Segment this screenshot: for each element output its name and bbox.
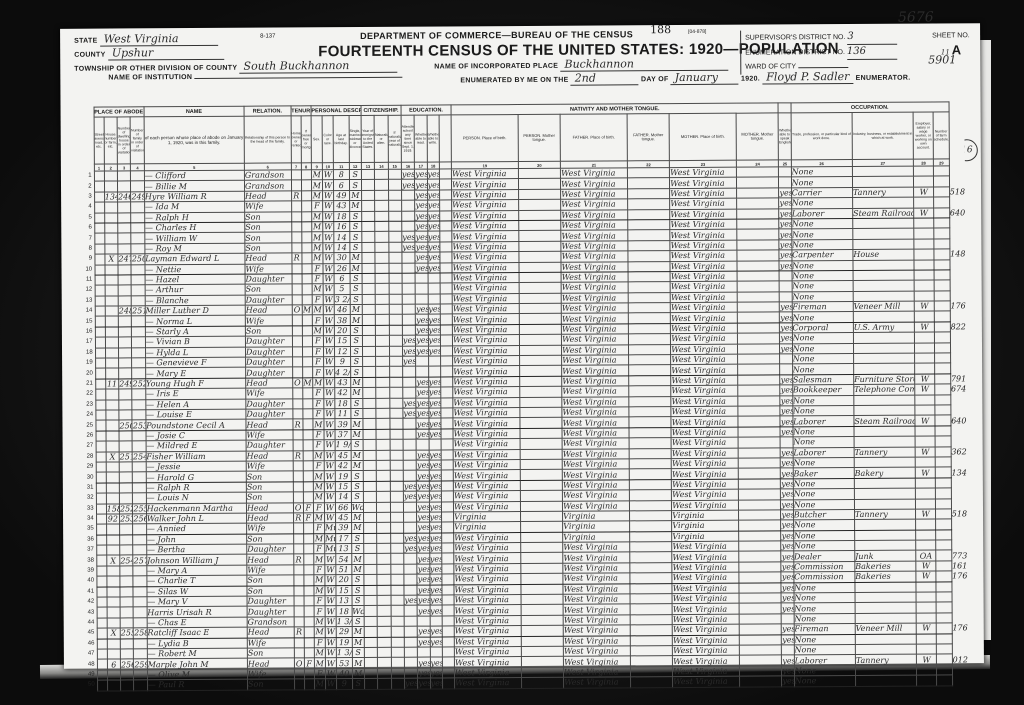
marital-cell: M xyxy=(350,305,362,315)
occupation-cell: None xyxy=(793,405,854,416)
father-birthplace-cell: West Virginia xyxy=(561,230,628,241)
father-birthplace-cell: West Virginia xyxy=(563,542,630,553)
school-cell xyxy=(404,616,417,626)
race-cell: W xyxy=(324,471,335,481)
farm-schedule-cell xyxy=(936,540,952,550)
read-cell: yes xyxy=(415,169,427,179)
family-cell xyxy=(131,285,144,295)
census-table: PLACE OF ABODE. NAME RELATION. TENURE. P… xyxy=(83,101,969,691)
naturalization-year-cell xyxy=(389,263,402,273)
street-cell xyxy=(94,192,104,202)
mother-mother-tongue-cell xyxy=(739,583,781,594)
marital-cell: S xyxy=(350,346,362,356)
occupation-cell: None xyxy=(793,426,854,437)
free-mortgaged-cell xyxy=(303,523,313,533)
write-cell: yes xyxy=(430,678,442,688)
mother-tongue-cell xyxy=(518,210,560,221)
birthplace-cell: West Virginia xyxy=(455,678,522,689)
naturalization-year-cell xyxy=(389,346,402,356)
relation-cell: Daughter xyxy=(247,596,294,607)
naturalized-cell xyxy=(377,616,390,626)
sex-cell: M xyxy=(314,585,325,595)
mother-birthplace-cell: West Virginia xyxy=(670,188,737,199)
sheet-number-box: SHEET NO. 11 A xyxy=(932,29,970,60)
marital-cell: S xyxy=(350,325,362,335)
house-number-cell: 6 xyxy=(107,659,120,669)
name-cell: Hackenmann Martha xyxy=(146,503,246,514)
father-tongue-cell xyxy=(630,656,672,667)
age-cell: 9 xyxy=(337,679,353,689)
margin-code xyxy=(950,290,966,300)
read-cell: yes xyxy=(417,491,429,501)
ward-value xyxy=(798,67,848,68)
read-cell: yes xyxy=(416,304,428,314)
naturalization-year-cell xyxy=(388,221,401,231)
mother-mother-tongue-cell xyxy=(739,666,781,677)
name-cell: — Louis N xyxy=(146,492,246,503)
marital-cell: M xyxy=(351,564,363,574)
industry-cell xyxy=(854,457,915,468)
father-tongue-cell xyxy=(630,573,672,584)
name-cell: — Ida M xyxy=(144,201,244,212)
street-cell xyxy=(97,659,107,669)
supervisor-value: 3 xyxy=(847,30,897,45)
immigration-cell xyxy=(363,492,376,502)
employer-cell: W xyxy=(915,447,935,458)
employer-cell: OA xyxy=(916,550,936,561)
birthplace-cell: West Virginia xyxy=(451,169,518,180)
race-cell: W xyxy=(325,606,336,616)
read-cell: yes xyxy=(415,231,427,241)
immigration-cell xyxy=(364,627,377,637)
birthplace-cell: West Virginia xyxy=(453,428,520,439)
street-cell xyxy=(95,327,105,337)
house-number-cell xyxy=(104,171,117,181)
house-number-cell xyxy=(105,296,118,306)
edu-extra-cell xyxy=(441,491,453,501)
relation-cell: Son xyxy=(245,326,292,337)
mother-tongue-cell xyxy=(518,168,560,179)
mother-tongue-cell xyxy=(519,355,561,366)
sheet-value: 11 xyxy=(941,48,950,56)
mother-tongue-cell xyxy=(519,251,561,262)
mother-birthplace-cell: West Virginia xyxy=(671,375,738,386)
naturalized-cell xyxy=(377,554,390,564)
owned-rented-cell xyxy=(292,326,302,336)
institution-value xyxy=(194,77,402,79)
birthplace-cell: West Virginia xyxy=(453,491,520,502)
subheader-father-birthplace: FATHER. Place of birth. xyxy=(560,114,627,161)
dwelling-cell xyxy=(118,202,131,212)
naturalized-cell xyxy=(377,585,390,595)
immigration-cell xyxy=(364,543,377,553)
line-number: 11 xyxy=(84,275,95,285)
english-cell: yes xyxy=(779,188,791,198)
occupation-cell: None xyxy=(793,457,854,468)
census-sheet: 8-137 188 [04-878] 5676 5901 DEPARTMENT … xyxy=(60,23,984,669)
father-tongue-cell xyxy=(630,552,672,563)
house-number-cell: 11 xyxy=(105,379,118,389)
immigration-cell xyxy=(363,523,376,533)
mother-birthplace-cell: West Virginia xyxy=(670,292,737,303)
sex-cell: M xyxy=(313,450,324,460)
relation-cell: Daughter xyxy=(245,295,292,306)
school-cell xyxy=(403,367,416,377)
occupation-cell: None xyxy=(792,333,853,344)
margin-code xyxy=(950,259,966,269)
family-cell xyxy=(134,649,147,659)
sex-cell: M xyxy=(314,658,325,668)
farm-schedule-cell xyxy=(935,457,951,467)
age-cell: 42 xyxy=(335,460,351,470)
margin-code xyxy=(949,166,965,176)
enumeration-value: 136 xyxy=(847,45,897,60)
farm-schedule-cell xyxy=(936,488,952,498)
dwelling-cell xyxy=(120,535,133,545)
immigration-cell xyxy=(362,211,375,221)
sex-cell: F xyxy=(314,606,325,616)
read-cell: yes xyxy=(415,263,427,273)
race-cell: W xyxy=(325,668,336,678)
naturalization-year-cell xyxy=(389,252,402,262)
family-cell xyxy=(131,223,144,233)
naturalization-year-cell xyxy=(391,606,404,616)
birthplace-cell: West Virginia xyxy=(453,470,520,481)
age-cell: 37 xyxy=(335,429,351,439)
line-number: 8 xyxy=(83,244,94,254)
mother-mother-tongue-cell xyxy=(739,593,781,604)
naturalization-year-cell xyxy=(390,471,403,481)
edu-extra-cell xyxy=(440,304,452,314)
employer-cell: W xyxy=(914,301,934,312)
edu-extra-cell xyxy=(442,574,454,584)
father-tongue-cell xyxy=(629,365,671,376)
margin-code xyxy=(951,394,967,404)
naturalization-year-cell xyxy=(389,315,402,325)
free-mortgaged-cell: F xyxy=(304,658,314,668)
edu-extra-cell xyxy=(440,231,452,241)
dwelling-cell xyxy=(119,399,132,409)
name-cell: Walker John L xyxy=(146,513,246,524)
mother-birthplace-cell: West Virginia xyxy=(670,261,737,272)
farm-schedule-cell xyxy=(937,654,953,664)
read-cell: yes xyxy=(415,242,427,252)
owned-rented-cell xyxy=(293,523,303,533)
father-tongue-cell xyxy=(627,188,669,199)
father-tongue-cell xyxy=(628,230,670,241)
school-cell: yes xyxy=(402,335,415,345)
industry-cell: U.S. Army xyxy=(853,322,914,333)
margin-code: 362 xyxy=(951,446,967,456)
school-cell: yes xyxy=(403,398,416,408)
employer-cell xyxy=(915,488,935,499)
sex-cell: M xyxy=(314,575,325,585)
farm-schedule-cell xyxy=(936,571,952,581)
birthplace-cell: West Virginia xyxy=(452,324,519,335)
enumeration-label: ENUMERATION DISTRICT NO. xyxy=(745,49,845,57)
margin-code: 148 xyxy=(950,249,966,259)
owned-rented-cell xyxy=(294,669,304,679)
naturalized-cell xyxy=(376,408,389,418)
sex-cell: M xyxy=(313,533,324,543)
birthplace-cell: West Virginia xyxy=(453,366,520,377)
father-tongue-cell xyxy=(628,323,670,334)
relation-cell: Wife xyxy=(247,669,294,680)
name-cell: Marple John M xyxy=(147,659,247,670)
father-tongue-cell xyxy=(630,625,672,636)
english-cell: yes xyxy=(781,489,793,499)
naturalized-cell xyxy=(377,564,390,574)
naturalization-year-cell xyxy=(389,294,402,304)
free-mortgaged-cell xyxy=(302,253,312,263)
house-number-cell xyxy=(105,348,118,358)
mother-mother-tongue-cell xyxy=(739,572,781,583)
edu-extra-cell xyxy=(440,273,452,283)
sex-cell: F xyxy=(313,398,324,408)
birthplace-cell: West Virginia xyxy=(453,501,520,512)
line-number: 13 xyxy=(84,296,95,306)
school-cell xyxy=(402,263,415,273)
english-cell: yes xyxy=(779,219,791,229)
relation-cell: Wife xyxy=(245,315,292,326)
dwelling-cell xyxy=(118,337,131,347)
line-number: 42 xyxy=(86,597,97,607)
name-cell: — Norma L xyxy=(145,316,245,327)
industry-cell xyxy=(855,592,916,603)
marital-cell: M xyxy=(350,263,362,273)
read-cell xyxy=(416,366,428,376)
subheader-naturalization-year: If naturalized, year of naturalization. xyxy=(388,115,402,162)
relation-cell: Wife xyxy=(247,523,294,534)
school-cell xyxy=(402,304,415,314)
write-cell: yes xyxy=(428,346,440,356)
mother-tongue-cell xyxy=(521,594,563,605)
industry-cell xyxy=(853,312,914,323)
industry-cell xyxy=(853,270,914,281)
read-cell: yes xyxy=(415,200,427,210)
school-cell xyxy=(402,273,415,283)
immigration-cell xyxy=(362,294,375,304)
occupation-cell: Laborer xyxy=(793,447,854,458)
write-cell: yes xyxy=(429,491,441,501)
free-mortgaged-cell xyxy=(302,284,312,294)
mother-tongue-cell xyxy=(521,553,563,564)
birthplace-cell: West Virginia xyxy=(454,532,521,543)
mother-tongue-cell xyxy=(519,314,561,325)
name-cell: — Robert M xyxy=(147,648,247,659)
mother-birthplace-cell: West Virginia xyxy=(670,250,737,261)
relation-cell: Grandson xyxy=(244,170,291,181)
line-number: 14 xyxy=(84,306,95,316)
age-cell: 49 xyxy=(334,190,350,200)
house-number-cell xyxy=(107,639,120,649)
write-cell: yes xyxy=(429,533,441,543)
race-cell: W xyxy=(325,554,336,564)
farm-schedule-cell xyxy=(936,582,952,592)
margin-code xyxy=(949,176,965,186)
race-cell: W xyxy=(325,616,336,626)
mother-mother-tongue-cell xyxy=(739,562,781,573)
write-cell: yes xyxy=(429,543,441,553)
name-cell: — Roy M xyxy=(145,243,245,254)
write-cell: yes xyxy=(430,668,442,678)
edu-extra-cell xyxy=(442,595,454,605)
employer-cell: W xyxy=(916,623,936,634)
mother-birthplace-cell: West Virginia xyxy=(672,500,739,511)
employer-cell xyxy=(915,457,935,468)
race-cell: W xyxy=(324,492,335,502)
street-cell xyxy=(94,244,104,254)
occupation-cell: None xyxy=(792,260,853,271)
marital-cell: M xyxy=(350,388,362,398)
name-cell: — Paul R xyxy=(147,679,247,690)
age-cell: 9 xyxy=(335,357,351,367)
county-label: COUNTY xyxy=(74,52,105,59)
mother-birthplace-cell: West Virginia xyxy=(672,614,739,625)
owned-rented-cell xyxy=(293,409,303,419)
school-cell xyxy=(404,647,417,657)
relation-cell: Head xyxy=(246,513,293,524)
group-place-of-abode: PLACE OF ABODE. xyxy=(94,107,144,117)
father-birthplace-cell: West Virginia xyxy=(561,293,628,304)
street-cell xyxy=(97,597,107,607)
immigration-cell xyxy=(362,284,375,294)
house-number-cell xyxy=(105,337,118,347)
occupation-cell: Salesman xyxy=(792,374,853,385)
age-cell: 3 2/12 xyxy=(334,294,350,304)
relation-cell: Son xyxy=(246,482,293,493)
owned-rented-cell xyxy=(294,596,304,606)
farm-schedule-cell xyxy=(936,498,952,508)
house-number-cell xyxy=(105,244,118,254)
edu-extra-cell xyxy=(439,169,451,179)
immigration-cell xyxy=(362,315,375,325)
family-cell: 250 xyxy=(131,254,144,264)
free-mortgaged-cell xyxy=(304,596,314,606)
read-cell: yes xyxy=(417,595,429,605)
margin-code xyxy=(950,363,966,373)
school-cell xyxy=(404,606,417,616)
naturalization-year-cell xyxy=(389,325,402,335)
age-cell: 45 xyxy=(335,450,351,460)
english-cell: yes xyxy=(781,582,793,592)
race-cell: W xyxy=(323,346,334,356)
house-number-cell xyxy=(106,493,119,503)
industry-cell xyxy=(854,426,915,437)
naturalized-cell xyxy=(378,668,391,678)
industry-cell: Veneer Mill xyxy=(855,623,916,634)
father-tongue-cell xyxy=(629,407,671,418)
subheader-write: Whether able to write. xyxy=(427,115,440,162)
birthplace-cell: West Virginia xyxy=(453,449,520,460)
owned-rented-cell: R xyxy=(292,253,302,263)
birthplace-cell: West Virginia xyxy=(452,220,519,231)
dwelling-cell xyxy=(120,607,133,617)
edu-extra-cell xyxy=(440,314,452,324)
english-cell: yes xyxy=(779,260,791,270)
family-cell: 259 xyxy=(134,659,147,669)
naturalized-cell xyxy=(377,523,390,533)
mother-birthplace-cell: West Virginia xyxy=(671,417,738,428)
age-cell: 18 xyxy=(335,398,351,408)
english-cell: yes xyxy=(779,229,791,239)
read-cell: yes xyxy=(418,626,430,636)
mother-tongue-cell xyxy=(519,241,561,252)
english-cell: yes xyxy=(782,634,794,644)
read-cell: yes xyxy=(416,315,428,325)
race-cell: W xyxy=(325,648,336,658)
line-number: 48 xyxy=(86,659,97,669)
line-number: 7 xyxy=(83,233,94,243)
employer-cell xyxy=(914,291,934,302)
sex-cell: M xyxy=(313,492,324,502)
english-cell: yes xyxy=(780,427,792,437)
sex-cell: F xyxy=(314,596,325,606)
industry-cell xyxy=(852,197,913,208)
mother-mother-tongue-cell xyxy=(739,614,781,625)
race-cell: W xyxy=(323,336,334,346)
mother-mother-tongue-cell xyxy=(739,551,781,562)
father-tongue-cell xyxy=(629,375,671,386)
mother-birthplace-cell: West Virginia xyxy=(671,354,738,365)
industry-cell xyxy=(853,332,914,343)
employer-cell xyxy=(915,332,935,343)
name-cell: — Charlie T xyxy=(147,575,247,586)
birthplace-cell: West Virginia xyxy=(454,553,521,564)
house-number-cell: 134 xyxy=(104,192,117,202)
mother-mother-tongue-cell xyxy=(738,489,780,500)
margin-code xyxy=(950,239,966,249)
margin-code xyxy=(951,457,967,467)
farm-schedule-cell xyxy=(936,530,952,540)
margin-code xyxy=(952,633,968,643)
industry-cell xyxy=(854,519,915,530)
family-cell xyxy=(133,524,146,534)
write-cell: yes xyxy=(429,481,441,491)
birthplace-cell: West Virginia xyxy=(454,595,521,606)
free-mortgaged-cell xyxy=(303,450,313,460)
dwelling-cell: 250 xyxy=(119,420,132,430)
family-cell xyxy=(132,441,145,451)
age-cell: 20 xyxy=(336,575,352,585)
sex-cell: M xyxy=(313,419,324,429)
township-label: TOWNSHIP OR OTHER DIVISION OF COUNTY xyxy=(74,65,237,73)
dwelling-cell xyxy=(118,264,131,274)
immigration-cell xyxy=(364,575,377,585)
dwelling-cell xyxy=(120,597,133,607)
margin-code: 791 xyxy=(950,374,966,384)
race-cell: W xyxy=(323,357,334,367)
margin-code: 640 xyxy=(949,207,965,217)
sex-cell: M xyxy=(314,679,325,689)
naturalized-cell xyxy=(376,346,389,356)
sex-cell: F xyxy=(313,388,324,398)
mother-tongue-cell xyxy=(521,542,563,553)
race-cell: W xyxy=(324,513,335,523)
english-cell: yes xyxy=(780,375,792,385)
sex-cell: M xyxy=(313,513,324,523)
read-cell: yes xyxy=(415,179,427,189)
house-number-cell xyxy=(107,649,120,659)
father-birthplace-cell: West Virginia xyxy=(562,396,629,407)
subheader-house-number: House number or farm, etc. xyxy=(104,117,118,164)
father-tongue-cell xyxy=(628,282,670,293)
relation-cell: Head xyxy=(245,305,292,316)
marital-cell: M xyxy=(351,429,363,439)
race-cell: W xyxy=(323,315,334,325)
owned-rented-cell xyxy=(294,565,304,575)
mother-mother-tongue-cell xyxy=(737,219,779,230)
